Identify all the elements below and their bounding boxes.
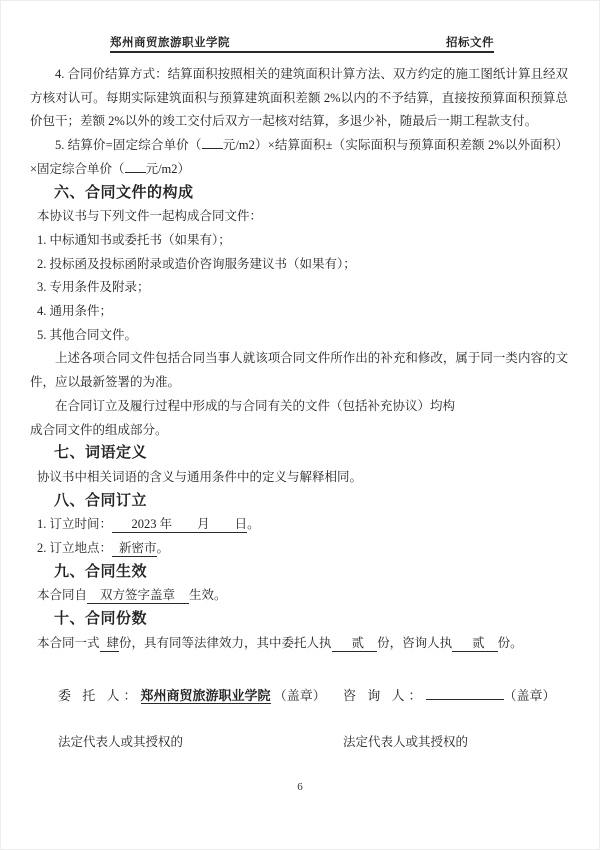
conclusion-date-value: 2023 年 月 日	[112, 517, 247, 533]
page-header: 郑州商贸旅游职业学院 招标文件	[110, 34, 494, 53]
contract-file-item: 1. 中标通知书或委托书（如果有）；	[30, 229, 568, 253]
client-copies-value: 贰	[332, 636, 378, 652]
contract-file-item: 3. 专用条件及附录；	[30, 276, 568, 300]
client-label: 委 托 人：	[58, 688, 141, 703]
header-org-name: 郑州商贸旅游职业学院	[110, 34, 230, 50]
unit-price-blank-1	[202, 135, 223, 149]
copies-line: 本合同一式肆份，具有同等法律效力，其中委托人执贰份，咨询人执贰份。	[30, 632, 568, 656]
contract-file-item: 4. 通用条件；	[30, 300, 568, 324]
contract-file-item: 2. 投标函及投标函附录或造价咨询服务建议书（如果有）；	[30, 253, 568, 277]
conclusion-date-label: 1. 订立时间：	[37, 517, 112, 531]
conclusion-date-line: 1. 订立时间： 2023 年 月 日。	[30, 513, 568, 537]
effectiveness-suffix: 生效。	[189, 588, 227, 602]
page-number: 6	[0, 781, 600, 793]
copies-mid-1: 份，具有同等法律效力，其中委托人执	[119, 636, 332, 650]
copies-total-value: 肆	[100, 636, 120, 652]
clause-4-settlement-method: 4. 合同价结算方式：结算面积按照相关的建筑面积计算方法、双方约定的施工图纸计算…	[30, 63, 568, 134]
consultant-copies-value: 贰	[452, 636, 498, 652]
client-signature-block: 委 托 人：郑州商贸旅游职业学院 （盖章）	[30, 684, 343, 708]
consultant-label: 咨 询 人：	[343, 688, 426, 703]
conclusion-date-period: 。	[247, 517, 260, 531]
legal-representative-row: 法定代表人或其授权的 法定代表人或其授权的	[30, 731, 568, 755]
contract-documents-note-2: 在合同订立及履行过程中形成的与合同有关的文件（包括补充协议）均构 成合同文件的组…	[30, 395, 568, 442]
client-name-value: 郑州商贸旅游职业学院	[141, 688, 271, 704]
copies-suffix: 份。	[498, 636, 523, 650]
unit-price-blank-2	[125, 159, 146, 173]
conclusion-place-period: 。	[157, 541, 170, 555]
contract-body: 4. 合同价结算方式：结算面积按照相关的建筑面积计算方法、双方约定的施工图纸计算…	[30, 63, 568, 755]
consultant-signature-block: 咨 询 人：（盖章）	[343, 684, 568, 708]
signature-row: 委 托 人：郑州商贸旅游职业学院 （盖章） 咨 询 人：（盖章）	[30, 684, 568, 708]
consultant-name-blank	[426, 686, 504, 700]
header-doc-type: 招标文件	[446, 34, 494, 50]
contract-file-item: 5. 其他合同文件。	[30, 324, 568, 348]
client-seal-label: （盖章）	[274, 688, 326, 703]
client-legal-rep-label: 法定代表人或其授权的	[30, 731, 343, 755]
conclusion-place-line: 2. 订立地点：新密市。	[30, 537, 568, 561]
clause-5-text-3: 元/m2）	[146, 162, 190, 176]
copies-prefix: 本合同一式	[37, 636, 100, 650]
effectiveness-condition-value: 双方签字盖章	[87, 588, 189, 604]
effectiveness-line: 本合同自双方签字盖章生效。	[30, 584, 568, 608]
document-page: 郑州商贸旅游职业学院 招标文件 4. 合同价结算方式：结算面积按照相关的建筑面积…	[0, 0, 600, 850]
clause-5-text-1: 5. 结算价=固定综合单价（	[55, 138, 202, 152]
effectiveness-prefix: 本合同自	[37, 588, 87, 602]
conclusion-place-label: 2. 订立地点：	[37, 541, 112, 555]
contract-documents-intro: 本协议书与下列文件一起构成合同文件：	[30, 205, 568, 229]
clause-5-settlement-price: 5. 结算价=固定综合单价（元/m2）×结算面积±（实际面积与预算面积差额 2%…	[30, 134, 568, 181]
heading-contract-effectiveness: 九、合同生效	[30, 561, 568, 585]
term-definitions-text: 协议书中相关词语的含义与通用条件中的定义与解释相同。	[30, 466, 568, 490]
heading-term-definitions: 七、词语定义	[30, 442, 568, 466]
contract-documents-note-1: 上述各项合同文件包括合同当事人就该项合同文件所作出的补充和修改，属于同一类内容的…	[30, 347, 568, 394]
heading-contract-copies: 十、合同份数	[30, 608, 568, 632]
heading-contract-documents: 六、合同文件的构成	[30, 182, 568, 206]
conclusion-place-value: 新密市	[112, 541, 157, 557]
heading-contract-conclusion: 八、合同订立	[30, 490, 568, 514]
consultant-legal-rep-label: 法定代表人或其授权的	[343, 731, 568, 755]
copies-mid-2: 份，咨询人执	[377, 636, 452, 650]
consultant-seal-label: （盖章）	[504, 688, 556, 703]
